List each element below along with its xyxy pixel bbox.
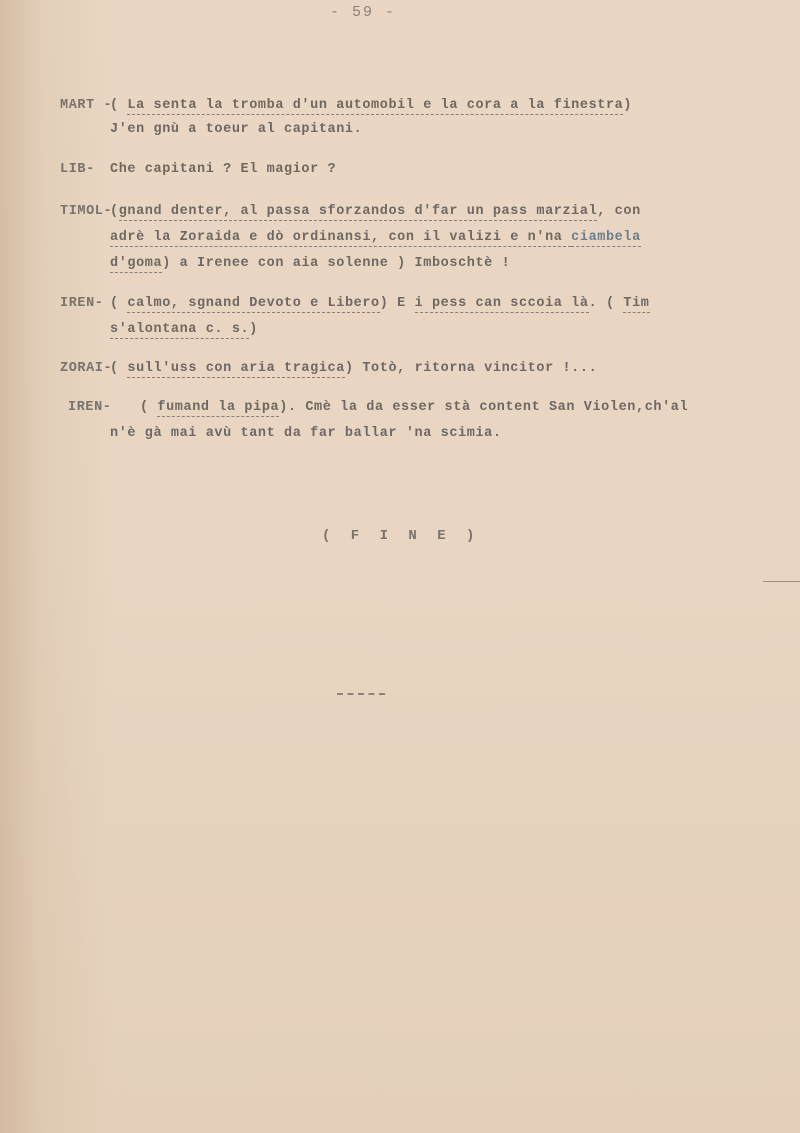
dialogue-line: ( La senta la tromba d'un automobil e la… — [110, 98, 632, 113]
stage-direction: calmo, sgnand Devoto e Libero — [127, 296, 379, 313]
speaker-label: LIB- — [60, 162, 95, 177]
dialogue-line: s'alontana c. s.) — [110, 322, 258, 337]
text-run: ( — [110, 204, 119, 219]
dialogue-line: J'en gnù a toeur al capitani. — [110, 122, 362, 137]
ending-label: ( F I N E ) — [322, 528, 480, 544]
speaker-label: MART - — [60, 98, 112, 113]
stage-direction: adrè la Zoraida e dò ordinansi, con il v… — [110, 230, 571, 247]
text-run: ). Cmè la da esser stà content San Viole… — [279, 400, 688, 415]
dialogue-line: ( fumand la pipa). Cmè la da esser stà c… — [140, 400, 688, 415]
closing-rule — [337, 693, 385, 695]
text-run: ( — [140, 400, 157, 415]
text-run: , con — [597, 204, 641, 219]
text-run: n'è gà mai avù tant da far ballar 'na sc… — [110, 426, 502, 441]
dialogue-line: adrè la Zoraida e dò ordinansi, con il v… — [110, 230, 641, 245]
typewritten-page: - 59 - MART -( La senta la tromba d'un a… — [0, 0, 800, 1133]
stage-direction: i pess can sccoia là — [415, 296, 589, 313]
margin-mark — [763, 581, 800, 582]
text-run: J'en gnù a toeur al capitani. — [110, 122, 362, 137]
dialogue-line: Che capitani ? El magior ? — [110, 162, 336, 177]
stage-direction: Tim — [623, 296, 649, 313]
stage-direction: ciambela — [571, 230, 641, 247]
stage-direction: sull'uss con aria tragica — [127, 361, 345, 378]
text-run: ) — [249, 322, 258, 337]
text-run: ) a Irenee con aia solenne ) Imboschtè ! — [162, 256, 510, 271]
stage-direction: s'alontana c. s. — [110, 322, 249, 339]
text-run: ) — [623, 98, 632, 113]
speaker-label: TIMOL- — [60, 204, 112, 219]
dialogue-line: ( calmo, sgnand Devoto e Libero) E i pes… — [110, 296, 650, 311]
text-run: ) Totò, ritorna vincitor !... — [345, 361, 597, 376]
dialogue-line: (gnand denter, al passa sforzandos d'far… — [110, 204, 641, 219]
dialogue-line: ( sull'uss con aria tragica) Totò, ritor… — [110, 361, 597, 376]
text-run: ) E — [380, 296, 415, 311]
speaker-label: ZORAI- — [60, 361, 112, 376]
stage-direction: fumand la pipa — [157, 400, 279, 417]
text-run: Che capitani ? El magior ? — [110, 162, 336, 177]
speaker-label: IREN- — [68, 400, 112, 415]
text-run: ( — [110, 361, 127, 376]
text-run: ( — [110, 296, 127, 311]
dialogue-line: n'è gà mai avù tant da far ballar 'na sc… — [110, 426, 502, 441]
stage-direction: La senta la tromba d'un automobil e la c… — [127, 98, 623, 115]
text-run: ( — [110, 98, 127, 113]
speaker-label: IREN- — [60, 296, 104, 311]
stage-direction: d'goma — [110, 256, 162, 273]
text-run: . ( — [589, 296, 624, 311]
dialogue-line: d'goma) a Irenee con aia solenne ) Imbos… — [110, 256, 510, 271]
stage-direction: gnand denter, al passa sforzandos d'far … — [119, 204, 598, 221]
page-number: - 59 - — [330, 4, 396, 21]
